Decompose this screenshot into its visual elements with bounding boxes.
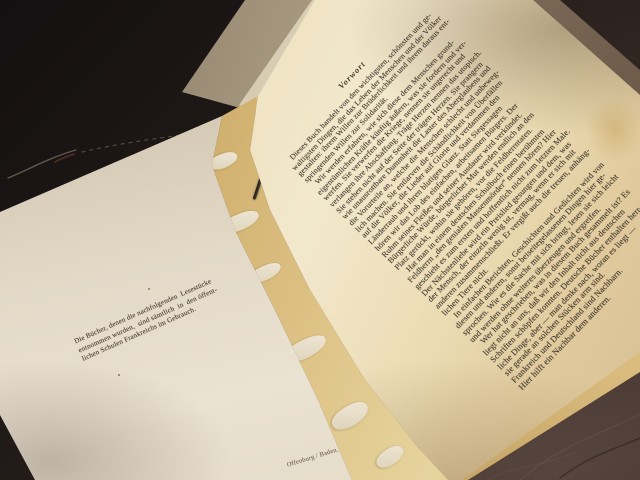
photo-open-booklet: Die Bücher, denen die nachfolgenden Lese… xyxy=(0,0,640,480)
torn-paper-patch xyxy=(373,442,407,471)
torn-paper-patch xyxy=(328,397,373,434)
dust-speck xyxy=(118,374,120,376)
dust-speck xyxy=(148,288,150,290)
